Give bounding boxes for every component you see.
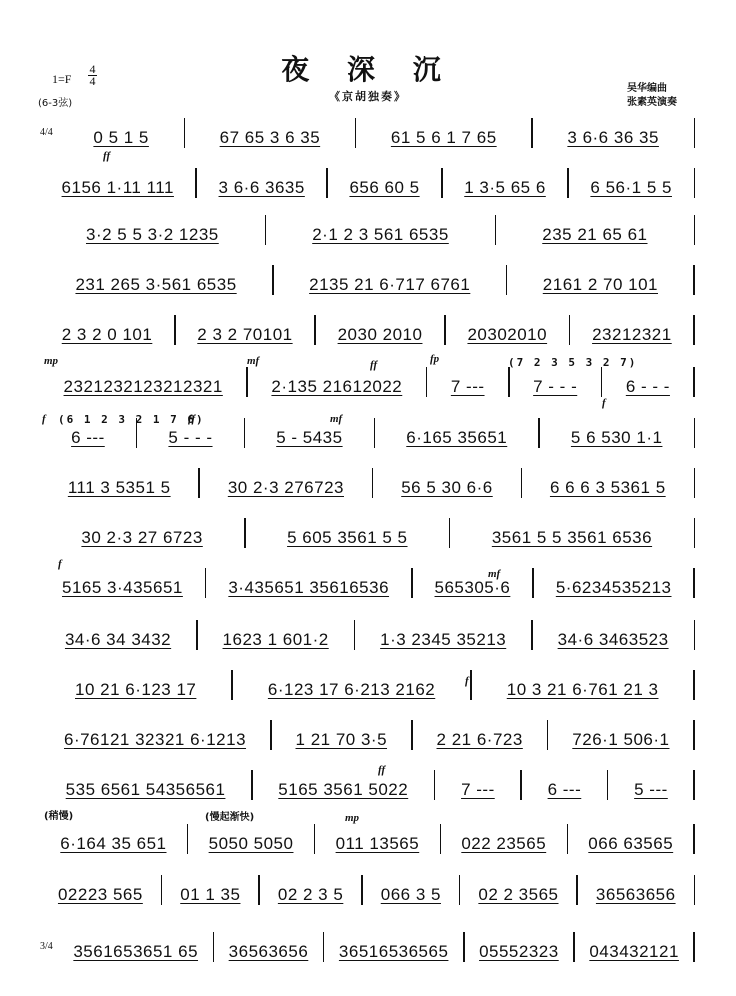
bar-line xyxy=(693,367,695,397)
note-group: 34·6 3463523 xyxy=(558,630,669,650)
bar-line xyxy=(694,620,696,650)
note-group: 5 - - - xyxy=(168,428,212,448)
measure: 7 - - - xyxy=(510,367,601,397)
score-row: 231 265 3·561 65352135 21 6·717 67612161… xyxy=(40,265,695,295)
note-group: 1623 1 601·2 xyxy=(223,630,329,650)
note-group: 2321232123212321 xyxy=(64,377,223,397)
measure: 6 --- xyxy=(522,770,607,800)
note-group: 02 2 3 5 xyxy=(278,885,343,905)
measure: 5050 5050 xyxy=(188,824,313,854)
measure: 23212321 xyxy=(570,315,693,345)
note-group: 5·6234535213 xyxy=(556,578,672,598)
bar-line xyxy=(693,670,695,700)
bar-line xyxy=(693,568,695,598)
note-group: 3·435651 35616536 xyxy=(228,578,389,598)
note-group: 066 63565 xyxy=(588,834,673,854)
score-row: 02223 56501 1 3502 2 3 5066 3 502 2 3565… xyxy=(40,875,695,905)
measure: 61 5 6 1 7 65 xyxy=(356,118,531,148)
note-group: 2·1 2 3 561 6535 xyxy=(312,225,449,245)
note-group: 043432121 xyxy=(589,942,679,962)
measure: 5 - 5435 xyxy=(245,418,374,448)
note-group: 2 3 2 70101 xyxy=(197,325,292,345)
bar-line xyxy=(693,770,695,800)
note-group: 01 1 35 xyxy=(180,885,240,905)
note-group: 3561653651 65 xyxy=(73,942,198,962)
measure: 3561 5 5 3561 6536 xyxy=(450,518,693,548)
measure: 30 2·3 27 6723 xyxy=(40,518,244,548)
measure: 111 3 5351 5 xyxy=(40,468,198,498)
measure: 656 60 5 xyxy=(328,168,441,198)
note-group: 6·165 35651 xyxy=(406,428,507,448)
measure: 7 --- xyxy=(427,367,508,397)
note-group: 565305·6 xyxy=(435,578,511,598)
note-group: 3561 5 5 3561 6536 xyxy=(492,528,652,548)
note-group: 656 60 5 xyxy=(349,178,419,198)
key-signature: 1=F xyxy=(52,72,71,87)
dynamic-marking: mf xyxy=(247,355,259,367)
measure: 34·6 3463523 xyxy=(533,620,694,650)
score-row: 6·76121 32321 6·12131 21 70 3·52 21 6·72… xyxy=(40,720,695,750)
tempo-annotation: (慢起渐快) xyxy=(205,808,254,823)
note-group: 20302010 xyxy=(467,325,547,345)
measure: 5165 3·435651 xyxy=(40,568,205,598)
measure: 6·123 17 6·213 2162 xyxy=(233,670,470,700)
note-group: 10 3 21 6·761 21 3 xyxy=(507,680,659,700)
score-row: 10 21 6·123 176·123 17 6·213 216210 3 21… xyxy=(40,670,695,700)
measure: 066 63565 xyxy=(568,824,693,854)
note-group: 231 265 3·561 6535 xyxy=(75,275,236,295)
measure: 3 6·6 3635 xyxy=(197,168,326,198)
measure: 6156 1·11 111 xyxy=(40,168,195,198)
note-group: 36516536565 xyxy=(339,942,449,962)
note-group: 2161 2 70 101 xyxy=(543,275,658,295)
measure: 6·164 35 651 xyxy=(40,824,187,854)
measure: 2·1 2 3 561 6535 xyxy=(266,215,495,245)
measure: 02 2 3565 xyxy=(460,875,576,905)
note-group: 1·3 2345 35213 xyxy=(380,630,506,650)
note-group: 5165 3·435651 xyxy=(62,578,183,598)
measure: 5·6234535213 xyxy=(534,568,694,598)
score-row: 2 3 2 0 1012 3 2 701012030 2010203020102… xyxy=(40,315,695,345)
note-group: 011 13565 xyxy=(336,834,420,854)
note-group: 6156 1·11 111 xyxy=(62,178,174,198)
bar-line xyxy=(694,875,696,905)
note-group: 235 21 65 61 xyxy=(542,225,647,245)
measure: 20302010 xyxy=(446,315,569,345)
measure: 0 5 1 5 xyxy=(59,118,184,148)
measure: 043432121 xyxy=(575,932,694,962)
time-signature: 4 4 xyxy=(88,64,97,87)
note-group: 5165 3561 5022 xyxy=(278,780,408,800)
measure: 231 265 3·561 6535 xyxy=(40,265,272,295)
measure: 1 3·5 65 6 xyxy=(443,168,568,198)
piece-subtitle: 《京胡独奏》 xyxy=(0,88,736,104)
measure: 066 3 5 xyxy=(363,875,459,905)
measure: 10 3 21 6·761 21 3 xyxy=(472,670,694,700)
score-row: 6·164 35 6515050 5050011 13565022 235650… xyxy=(40,824,695,854)
bar-line xyxy=(693,315,695,345)
dynamic-marking: ff xyxy=(378,764,385,776)
note-group: 6 6 6 3 5361 5 xyxy=(550,478,666,498)
score-row: 34·6 34 34321623 1 601·21·3 2345 3521334… xyxy=(40,620,695,650)
score-row: 5165 3·4356513·435651 35616536565305·65·… xyxy=(40,568,695,598)
measure: 2 3 2 0 101 xyxy=(40,315,174,345)
dynamic-marking: ff xyxy=(103,150,110,162)
note-group: 1 3·5 65 6 xyxy=(464,178,546,198)
performer: 张素英演奏 xyxy=(627,96,677,110)
measure: 1 21 70 3·5 xyxy=(272,720,412,750)
measure: 6 - - - xyxy=(602,367,693,397)
measure: 30 2·3 276723 xyxy=(200,468,372,498)
note-group: 56 5 30 6·6 xyxy=(401,478,493,498)
note-group: 6·123 17 6·213 2162 xyxy=(268,680,435,700)
measure: 6·165 35651 xyxy=(375,418,538,448)
measure: 3 6·6 36 35 xyxy=(533,118,694,148)
bar-line xyxy=(694,215,696,245)
measure: 535 6561 54356561 xyxy=(40,770,251,800)
note-group: 0 5 1 5 xyxy=(93,128,149,148)
measure: 022 23565 xyxy=(441,824,566,854)
bar-line xyxy=(693,932,695,962)
measure: 2 21 6·723 xyxy=(413,720,547,750)
bar-line xyxy=(694,518,696,548)
dynamic-marking: mp xyxy=(44,355,58,367)
measure: 565305·6 xyxy=(413,568,533,598)
arranger: 吴华编曲 xyxy=(627,82,677,96)
note-group: 111 3 5351 5 xyxy=(68,478,171,498)
note-group: 5050 5050 xyxy=(209,834,294,854)
measure: 3·435651 35616536 xyxy=(206,568,411,598)
time-signature-marker: 4/4 xyxy=(40,128,53,138)
measure: 7 --- xyxy=(435,770,520,800)
measure: 235 21 65 61 xyxy=(496,215,693,245)
bar-line xyxy=(694,418,696,448)
score-row: 111 3 5351 530 2·3 27672356 5 30 6·66 6 … xyxy=(40,468,695,498)
note-group: 36563656 xyxy=(596,885,676,905)
bar-line xyxy=(694,468,696,498)
score-row: 4/40 5 1 567 65 3 6 3561 5 6 1 7 653 6·6… xyxy=(40,118,695,148)
score-row: 3·2 5 5 3·2 12352·1 2 3 561 6535235 21 6… xyxy=(40,215,695,245)
dynamic-marking: mf xyxy=(488,568,500,580)
measure: 2·135 21612022 xyxy=(248,367,426,397)
measure: 2321232123212321 xyxy=(40,367,246,397)
note-group: 3·2 5 5 3·2 1235 xyxy=(86,225,219,245)
note-group: 1 21 70 3·5 xyxy=(296,730,388,750)
note-group: 2 3 2 0 101 xyxy=(62,325,153,345)
note-group: 02223 565 xyxy=(58,885,143,905)
dynamic-marking: f xyxy=(58,558,62,570)
dynamic-marking: f xyxy=(602,397,606,409)
note-group: 7 --- xyxy=(451,377,485,397)
measure: 726·1 506·1 xyxy=(548,720,693,750)
measure: 3·2 5 5 3·2 1235 xyxy=(40,215,265,245)
measure: 02223 565 xyxy=(40,875,161,905)
note-group: 726·1 506·1 xyxy=(572,730,669,750)
measure: 36516536565 xyxy=(324,932,463,962)
note-group: 02 2 3565 xyxy=(478,885,558,905)
note-group: 2135 21 6·717 6761 xyxy=(309,275,470,295)
time-signature-marker: 3/4 xyxy=(40,942,53,952)
measure: 6 56·1 5 5 xyxy=(569,168,694,198)
note-group: 6 --- xyxy=(71,428,105,448)
bar-line xyxy=(693,824,695,854)
note-group: 6·76121 32321 6·1213 xyxy=(64,730,246,750)
measure: 6·76121 32321 6·1213 xyxy=(40,720,270,750)
score-row: 3/43561653651 65365636563651653656505552… xyxy=(40,932,695,962)
string-tuning: (6-3弦) xyxy=(38,94,72,109)
note-group: 6 56·1 5 5 xyxy=(590,178,672,198)
grace-notes: (7 2 3 5 3 2 7) xyxy=(508,356,637,369)
measure: 6 6 6 3 5361 5 xyxy=(522,468,693,498)
note-group: 5 6 530 1·1 xyxy=(571,428,663,448)
note-group: 7 - - - xyxy=(533,377,577,397)
bar-line xyxy=(693,720,695,750)
note-group: 6·164 35 651 xyxy=(60,834,166,854)
note-group: 3 6·6 36 35 xyxy=(567,128,659,148)
measure: 02 2 3 5 xyxy=(260,875,361,905)
note-group: 022 23565 xyxy=(461,834,546,854)
measure: 5165 3561 5022 xyxy=(253,770,434,800)
measure: 3561653651 65 xyxy=(59,932,213,962)
measure: 5 6 530 1·1 xyxy=(540,418,694,448)
dynamic-marking: ff xyxy=(370,359,377,371)
note-group: 5 605 3561 5 5 xyxy=(287,528,407,548)
measure: 34·6 34 3432 xyxy=(40,620,196,650)
note-group: 6 --- xyxy=(548,780,582,800)
measure: 10 21 6·123 17 xyxy=(40,670,231,700)
measure: 5 605 3561 5 5 xyxy=(246,518,449,548)
measure: 2 3 2 70101 xyxy=(176,315,315,345)
bar-line xyxy=(693,265,695,295)
note-group: 535 6561 54356561 xyxy=(66,780,226,800)
note-group: 3 6·6 3635 xyxy=(219,178,305,198)
dynamic-marking: mf xyxy=(330,413,342,425)
measure: 36563656 xyxy=(214,932,323,962)
note-group: 67 65 3 6 35 xyxy=(220,128,321,148)
measure: 01 1 35 xyxy=(162,875,258,905)
measure: 5 --- xyxy=(608,770,693,800)
note-group: 30 2·3 276723 xyxy=(228,478,344,498)
note-group: 61 5 6 1 7 65 xyxy=(391,128,497,148)
measure: 67 65 3 6 35 xyxy=(185,118,355,148)
piece-title: 夜 深 沉 xyxy=(0,48,736,88)
note-group: 2·135 21612022 xyxy=(271,377,402,397)
score-row: 23212321232123212·135 216120227 ---7 - -… xyxy=(40,367,695,397)
dynamic-marking: f xyxy=(465,675,469,687)
note-group: 5 --- xyxy=(634,780,668,800)
measure: 56 5 30 6·6 xyxy=(373,468,520,498)
note-group: 34·6 34 3432 xyxy=(65,630,171,650)
note-group: 066 3 5 xyxy=(381,885,441,905)
note-group: 6 - - - xyxy=(626,377,670,397)
measure: 05552323 xyxy=(465,932,574,962)
dynamic-marking: f xyxy=(42,413,46,425)
note-group: 7 --- xyxy=(461,780,495,800)
score-row: 30 2·3 27 67235 605 3561 5 53561 5 5 356… xyxy=(40,518,695,548)
measure: 2135 21 6·717 6761 xyxy=(274,265,506,295)
measure: 1·3 2345 35213 xyxy=(355,620,531,650)
note-group: 2030 2010 xyxy=(338,325,423,345)
note-group: 10 21 6·123 17 xyxy=(75,680,196,700)
note-group: 30 2·3 27 6723 xyxy=(81,528,202,548)
dynamic-marking: mp xyxy=(345,812,359,824)
note-group: 23212321 xyxy=(592,325,672,345)
note-group: 5 - 5435 xyxy=(276,428,342,448)
score-row: 6156 1·11 1113 6·6 3635656 60 51 3·5 65 … xyxy=(40,168,695,198)
measure: 2161 2 70 101 xyxy=(507,265,693,295)
measure: 2030 2010 xyxy=(316,315,444,345)
note-group: 05552323 xyxy=(479,942,559,962)
dynamic-marking: fp xyxy=(430,353,439,365)
measure: 36563656 xyxy=(578,875,694,905)
tempo-annotation: (稍慢) xyxy=(44,807,73,822)
credits: 吴华编曲 张素英演奏 xyxy=(627,82,677,110)
note-group: 2 21 6·723 xyxy=(437,730,523,750)
grace-notes: (6 1 2 3 2 1 7 6) xyxy=(58,413,205,426)
score-row: 535 6561 543565615165 3561 50227 ---6 --… xyxy=(40,770,695,800)
note-group: 36563656 xyxy=(229,942,309,962)
measure: 1623 1 601·2 xyxy=(198,620,354,650)
bar-line xyxy=(694,168,696,198)
measure: 011 13565 xyxy=(315,824,439,854)
bar-line xyxy=(694,118,696,148)
